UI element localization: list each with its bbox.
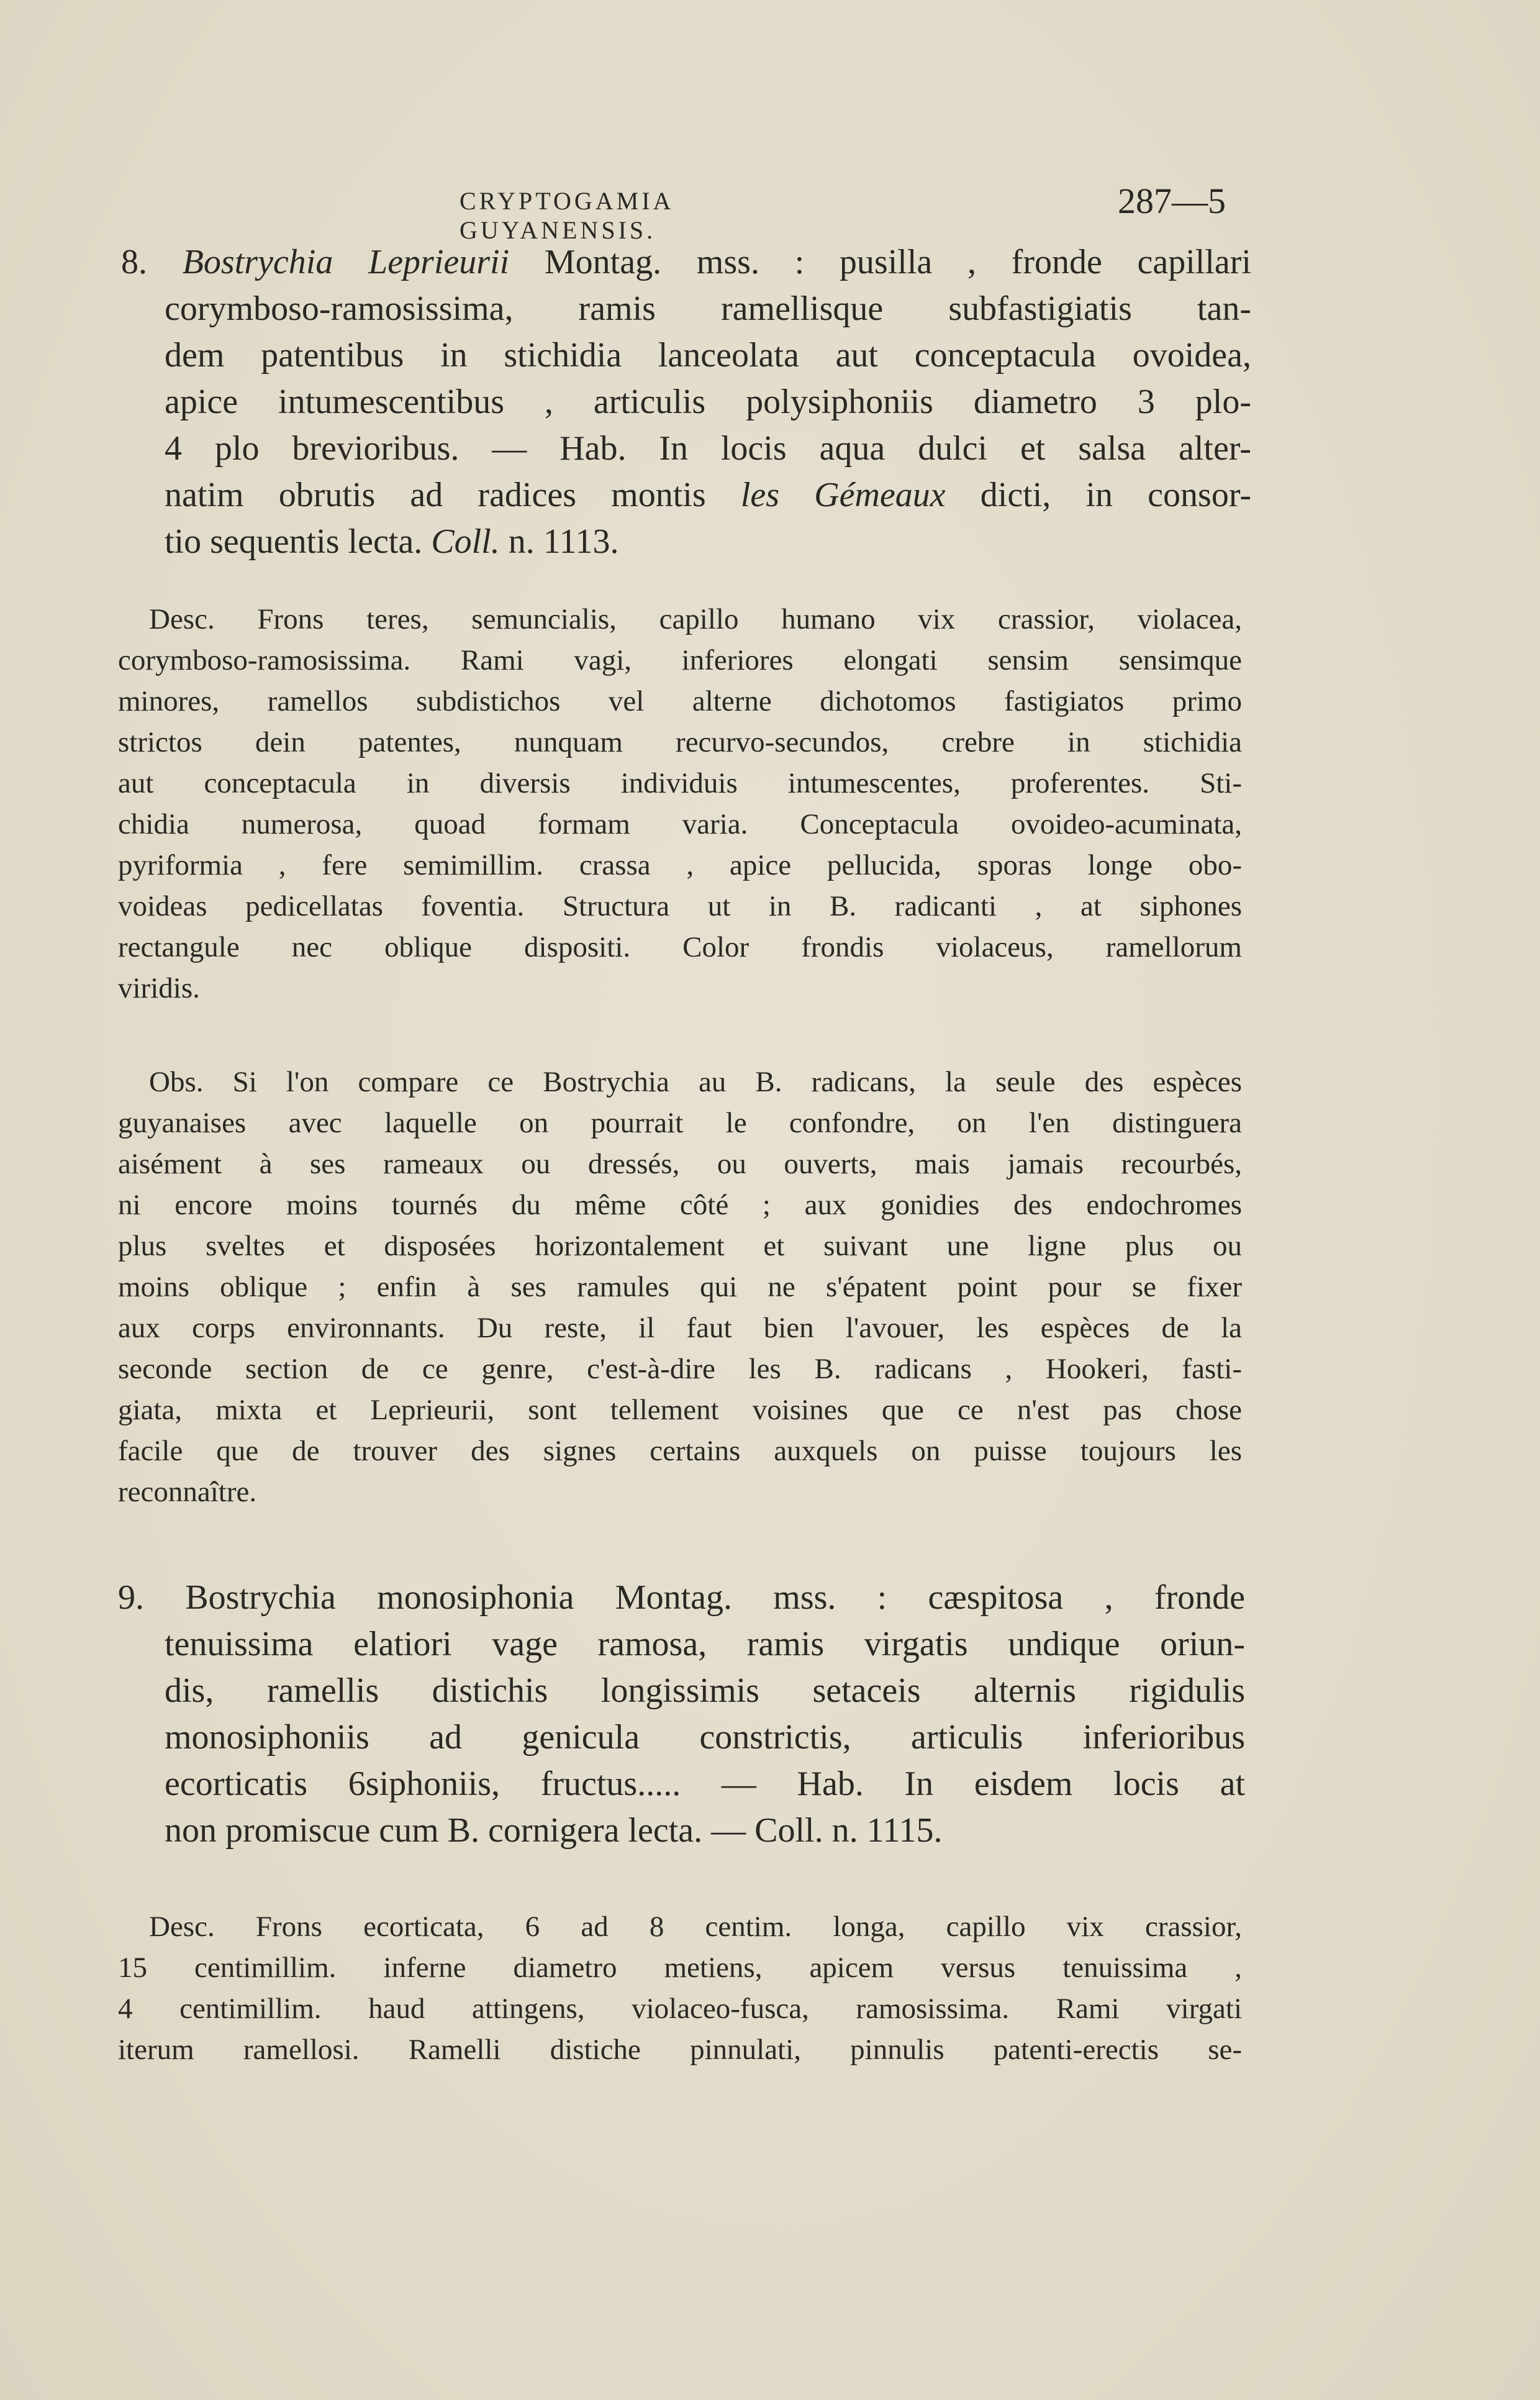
text-line: chidia numerosa, quoad formam varia. Con… <box>118 807 1242 841</box>
locality-name: les Gémeaux <box>741 476 946 514</box>
text-line: corymboso-ramosissima. Rami vagi, inferi… <box>118 643 1242 677</box>
text-line: minores, ramellos subdistichos vel alter… <box>118 684 1242 718</box>
text-line: non promiscue cum B. cornigera lecta. — … <box>165 1811 942 1850</box>
text-line: reconnaître. <box>118 1475 256 1509</box>
text-line: iterum ramellosi. Ramelli distiche pinnu… <box>118 2033 1242 2066</box>
text-line: viridis. <box>118 971 200 1005</box>
text-line: 4 centimillim. haud attingens, violaceo-… <box>118 1992 1242 2025</box>
text-line: Desc. Frons ecorticata, 6 ad 8 centim. l… <box>149 1910 1242 1943</box>
text-line: strictos dein patentes, nunquam recurvo-… <box>118 725 1242 759</box>
text-line: natim obrutis ad radices montis les Géme… <box>165 475 1251 515</box>
text-line: apice intumescentibus , articulis polysi… <box>165 382 1251 422</box>
text-line: seconde section de ce genre, c'est-à-dir… <box>118 1352 1242 1386</box>
text-line: 9. Bostrychia monosiphonia Montag. mss. … <box>118 1578 1245 1617</box>
text-line: 15 centimillim. inferne diametro metiens… <box>118 1951 1242 1984</box>
text-segment: tio sequentis lecta. <box>165 522 431 561</box>
text-line: dis, ramellis distichis longissimis seta… <box>165 1671 1245 1711</box>
text-segment: Montag. mss. : pusilla , fronde capillar… <box>509 243 1251 281</box>
species-number: 8. <box>121 243 147 281</box>
text-line: tenuissima elatiori vage ramosa, ramis v… <box>165 1624 1245 1664</box>
text-line: voideas pedicellatas foventia. Structura… <box>118 889 1242 923</box>
text-line: dem patentibus in stichidia lanceolata a… <box>165 335 1251 375</box>
scanned-page: CRYPTOGAMIA GUYANENSIS. 287—5 8. Bostryc… <box>0 0 1540 2400</box>
collection-number: n. 1113. <box>500 522 619 561</box>
species-name: Bostrychia Leprieurii <box>183 243 509 281</box>
text-line: moins oblique ; enfin à ses ramules qui … <box>118 1270 1242 1304</box>
text-segment: dicti, in consor- <box>946 476 1251 514</box>
page-number: 287—5 <box>1118 180 1226 222</box>
text-line: Desc. Frons teres, semuncialis, capillo … <box>149 602 1242 636</box>
text-line: facile que de trouver des signes certain… <box>118 1434 1242 1468</box>
text-line: Obs. Si l'on compare ce Bostrychia au B.… <box>149 1065 1242 1099</box>
running-title: CRYPTOGAMIA GUYANENSIS. <box>460 186 869 245</box>
text-line: giata, mixta et Leprieurii, sont telleme… <box>118 1393 1242 1427</box>
text-line: plus sveltes et disposées horizontalemen… <box>118 1229 1242 1263</box>
text-line: ecorticatis 6siphoniis, fructus..... — H… <box>165 1764 1245 1804</box>
text-line: tio sequentis lecta. Coll. n. 1113. <box>165 522 619 561</box>
text-line: aut conceptacula in diversis individuis … <box>118 766 1242 800</box>
collection-label: Coll. <box>431 522 499 561</box>
text-line: guyanaises avec laquelle on pourrait le … <box>118 1106 1242 1140</box>
text-line: 8. Bostrychia Leprieurii Montag. mss. : … <box>121 242 1251 282</box>
text-line: aisément à ses rameaux ou dressés, ou ou… <box>118 1147 1242 1181</box>
text-line: 4 plo brevioribus. — Hab. In locis aqua … <box>165 429 1251 468</box>
text-line: monosiphoniis ad genicula constrictis, a… <box>165 1717 1245 1757</box>
text-segment: natim obrutis ad radices montis <box>165 476 741 514</box>
text-line: ni encore moins tournés du même côté ; a… <box>118 1188 1242 1222</box>
text-line: aux corps environnants. Du reste, il fau… <box>118 1311 1242 1345</box>
text-line: rectangule nec oblique dispositi. Color … <box>118 930 1242 964</box>
text-line: corymboso-ramosissima, ramis ramellisque… <box>165 289 1251 329</box>
text-line: pyriformia , fere semimillim. crassa , a… <box>118 848 1242 882</box>
